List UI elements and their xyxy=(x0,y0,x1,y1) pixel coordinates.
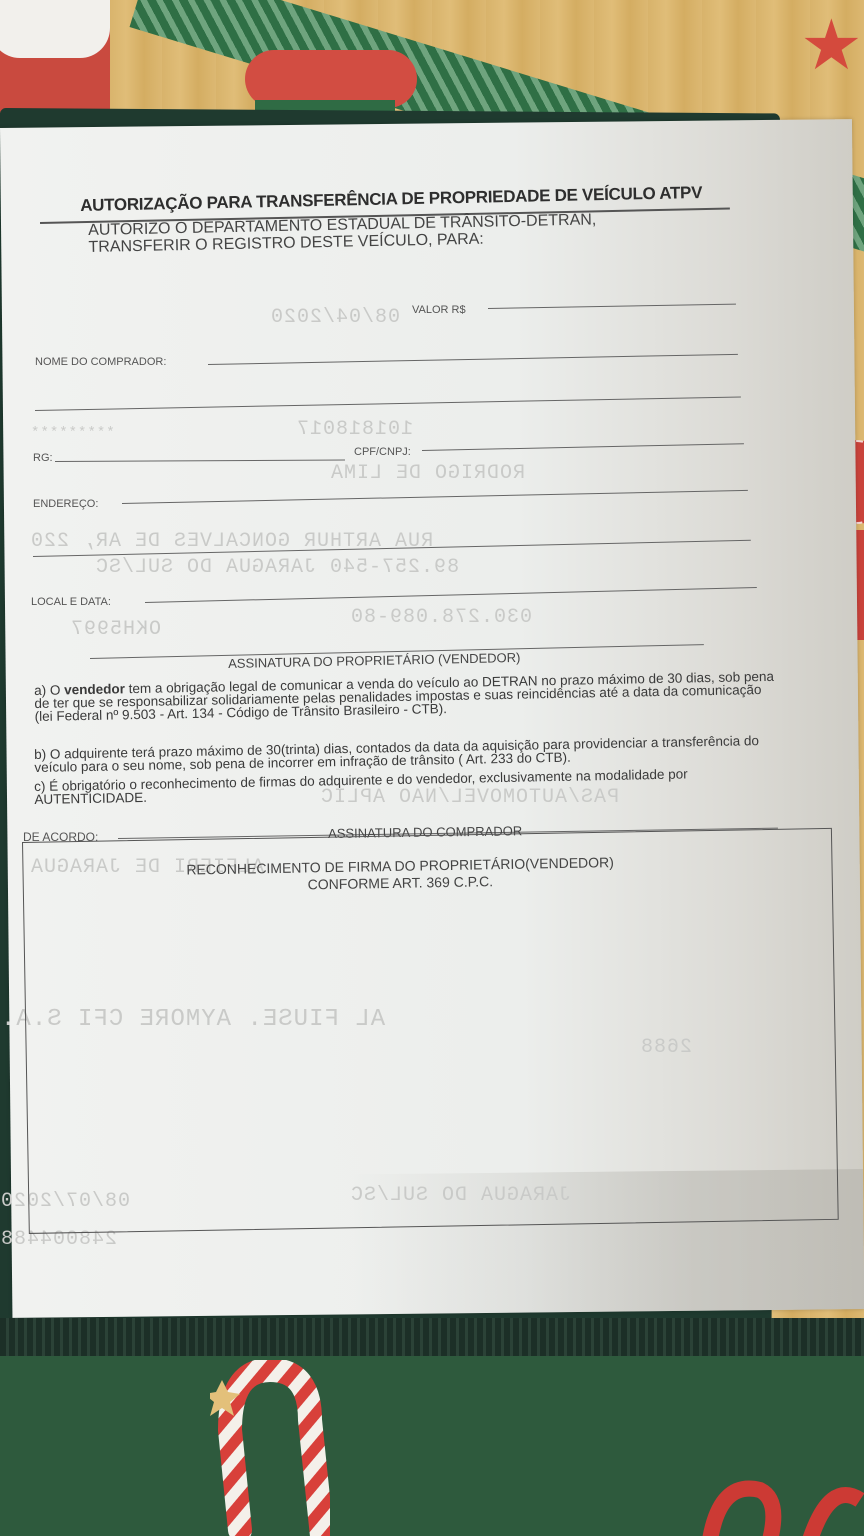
rg-label: RG: xyxy=(33,452,53,464)
bleed-through-text: ********* xyxy=(30,425,115,441)
bleed-through-text: RODRIGO DE LIMA xyxy=(330,462,525,485)
bleed-through-text: 101818017 xyxy=(296,418,413,441)
endereco-label: ENDEREÇO: xyxy=(33,498,98,510)
stocking-cuff-decoration xyxy=(0,0,110,58)
bleed-through-text: OKH5997 xyxy=(70,618,161,641)
bleed-through-text: 030.278.089-80 xyxy=(350,606,532,629)
red-ribbon-decoration xyxy=(700,1470,864,1536)
bleed-through-text: RUA ARTHUR GONCALVES DE AR, 220 xyxy=(30,530,433,553)
bleed-through-text: 89.257-540 JARAGUA DO SUL/SC xyxy=(95,556,459,579)
folder-bottom-edge xyxy=(0,1318,864,1358)
nome-comprador-label: NOME DO COMPRADOR: xyxy=(35,356,166,368)
bleed-through-text: 08/04/2020 xyxy=(270,306,400,329)
candy-cane-decoration xyxy=(210,1360,330,1536)
cpf-cnpj-label: CPF/CNPJ: xyxy=(354,446,411,458)
local-data-label: LOCAL E DATA: xyxy=(31,596,111,608)
valor-label: VALOR R$ xyxy=(412,304,466,316)
